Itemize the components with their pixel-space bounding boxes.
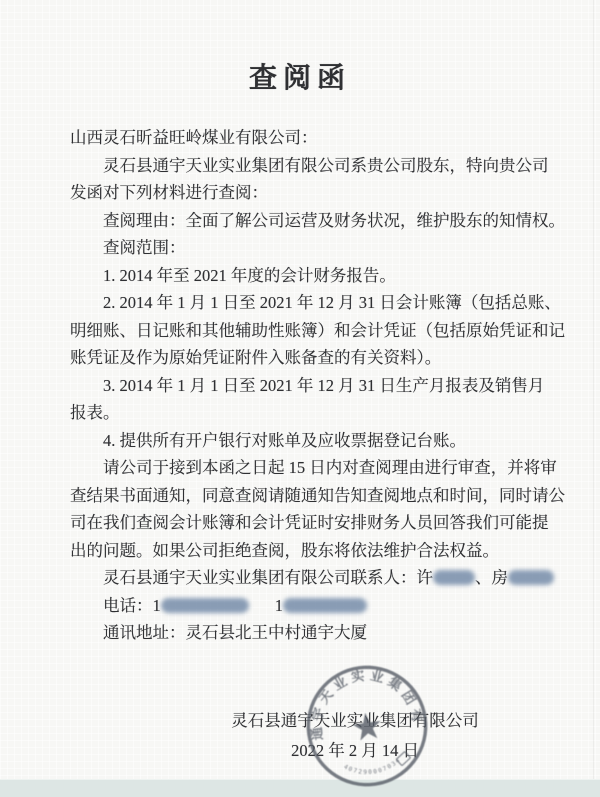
body-line: 查结果书面通知，同意查阅请随通知告知查阅地点和时间，同时请公 — [70, 482, 528, 510]
body-line: 报表。 — [70, 399, 528, 427]
scan-edge-line — [593, 0, 594, 797]
body-line: 账凭证及作为原始凭证附件入账备查的有关资料）。 — [70, 344, 528, 372]
body-lines: 灵石县通宇天业实业集团有限公司系贵公司股东，特向贵公司发函对下列材料进行查阅：查… — [70, 152, 528, 565]
redaction-blur — [283, 598, 367, 613]
contact-name1: 许 — [417, 568, 434, 587]
body-line: 3. 2014 年 1 月 1 日至 2021 年 12 月 31 日生产月报表… — [70, 372, 528, 400]
company-seal-graphic: 灵石县通宇天业实业集团有限公司 14072900070342 — [295, 654, 440, 797]
body-line: 发函对下列材料进行查阅： — [70, 179, 528, 207]
body-line: 出的问题。如果公司拒绝查阅，股东将依法维护合法权益。 — [70, 537, 528, 565]
seal-star-icon — [351, 711, 383, 741]
body-line: 明细账、日记账和其他辅助性账簿）和会计凭证（包括原始凭证和记 — [70, 317, 528, 345]
body-line: 司在我们查阅会计账簿和会计凭证时安排财务人员回答我们可能提 — [70, 509, 528, 537]
redaction-blur — [508, 570, 554, 585]
contact-separator: 、 — [475, 568, 492, 587]
contact-label: 灵石县通宇天业实业集团有限公司联系人： — [103, 568, 417, 587]
body-line: 2. 2014 年 1 月 1 日至 2021 年 12 月 31 日会计账簿（… — [70, 289, 528, 317]
redaction-blur — [161, 598, 249, 613]
body-line: 1. 2014 年至 2021 年度的会计财务报告。 — [70, 262, 528, 290]
document-title: 查阅函 — [0, 56, 600, 96]
phone2-prefix: 1 — [275, 596, 283, 615]
body-line: 4. 提供所有开户银行对账单及应收票据登记台账。 — [70, 427, 528, 455]
scanned-letter-page: 查阅函 山西灵石昕益旺岭煤业有限公司： 灵石县通宇天业实业集团有限公司系贵公司股… — [0, 0, 600, 797]
scan-bottom-strip — [0, 779, 600, 797]
contact-name2: 房 — [492, 568, 509, 587]
address-line: 通讯地址：灵石县北王中村通宇大厦 — [70, 619, 528, 647]
body-line: 灵石县通宇天业实业集团有限公司系贵公司股东，特向贵公司 — [70, 152, 528, 180]
contact-person-line: 灵石县通宇天业实业集团有限公司联系人：许、房 — [70, 564, 528, 592]
redaction-blur — [433, 570, 475, 585]
body-line: 查阅范围： — [70, 234, 528, 262]
company-seal: 灵石县通宇天业实业集团有限公司 14072900070342 — [295, 654, 440, 797]
body-line: 查阅理由：全面了解公司运营及财务状况，维护股东的知情权。 — [70, 207, 528, 235]
letter-body: 山西灵石昕益旺岭煤业有限公司： 灵石县通宇天业实业集团有限公司系贵公司股东，特向… — [70, 124, 528, 647]
body-line: 请公司于接到本函之日起 15 日内对查阅理由进行审查，并将审 — [70, 454, 528, 482]
phone1-prefix: 1 — [153, 596, 161, 615]
recipient-line: 山西灵石昕益旺岭煤业有限公司： — [70, 124, 528, 152]
phone-label: 电话： — [103, 596, 153, 615]
phone-line: 电话：11 — [70, 592, 528, 620]
